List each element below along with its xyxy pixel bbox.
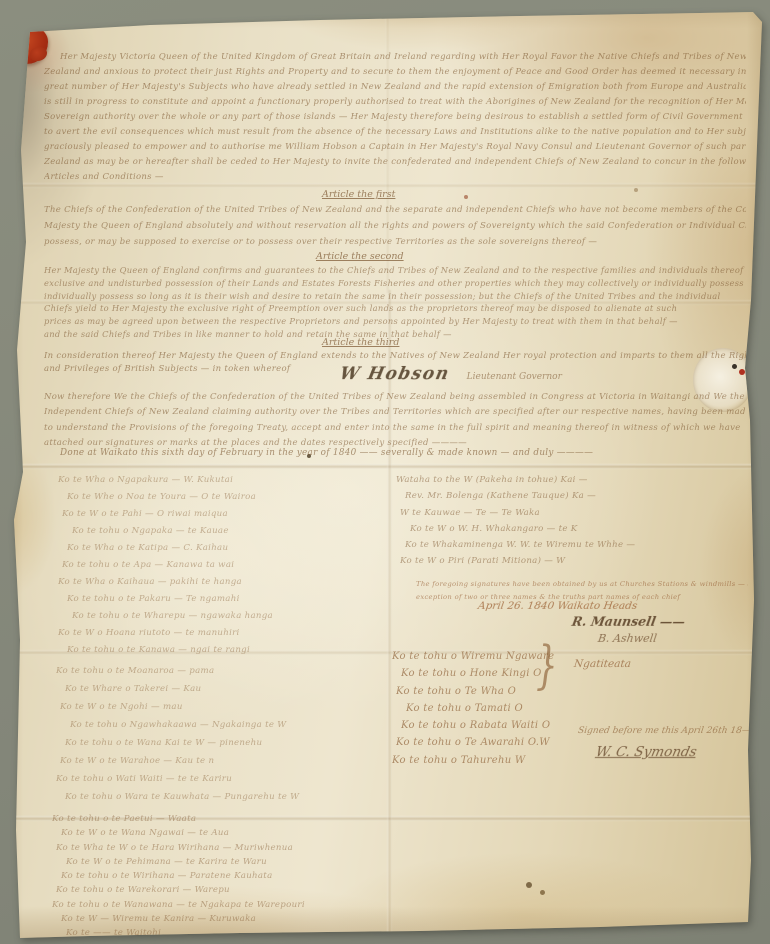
closing-paragraph: Now therefore We the Chiefs of the Confe… [44,390,746,451]
vertical-fold-line [387,290,392,934]
maunsell-signature: R. Maunsell —— [571,614,687,629]
handwritten-line: Zealand and anxious to protect their jus… [44,65,746,80]
signature-line: Ko te W o Hoana riutoto — te manuhiri [58,625,350,642]
handwritten-line: Zealand as may be or hereafter shall be … [44,155,746,170]
signature-line: Ko te tohu o te Pakaru — Te ngamahi [67,591,350,608]
handwritten-line: prices as may be agreed upon between the… [44,315,746,328]
signed-before-line: Signed before me this April 26th 18— [577,726,751,736]
handwritten-line: Majesty the Queen of England absolutely … [44,218,746,234]
signature-line: Ko te tohu o Ngapaka — te Kauae [72,523,350,540]
signature-line: Ko te W o W. H. Whakangaro — te K [410,521,696,537]
signature-line: Ko te Whare o Takerei — Kau [65,680,356,698]
signature-line: Ko te tohu o te Wanawana — te Ngakapa te… [52,898,382,912]
signature-line: Rev. Mr. Bolenga (Kathene Tauque) Ka — [405,488,696,504]
signature-line: Ko te tohu o te Wana Kai te W — pinenehu [65,734,356,752]
preamble-paragraph: Her Majesty Victoria Queen of the United… [44,50,746,185]
signature-line: Ko te tohu o Wati Waiti — te te Kariru [56,770,356,788]
done-at-line: Done at Waikato this sixth day of Februa… [60,448,750,458]
symonds-signature: W. C. Symonds [594,744,698,760]
photo-of-treaty-document: Her Majesty Victoria Queen of the United… [0,0,770,944]
right-signature-column: Wataha to the W (Pakeha in tohue) Kai —R… [396,472,696,570]
signature-line: Ko te Wha o te Katipa — C. Kaihau [67,540,350,557]
horizontal-fold-line [0,464,770,469]
tribe-label: Ngatiteata [573,658,631,670]
signature-line: Ko te tohu o te Warekorari — Warepu [56,883,382,897]
handwritten-line: to avert the evil consequences which mus… [44,125,746,140]
signature-line: Ko te tohu o te Paetui — Waata [52,812,382,826]
handwritten-line: The Chiefs of the Confederation of the U… [44,202,746,218]
mark-line: Ko te tohu o Tamati O [406,700,652,717]
handwritten-line: exclusive and undisturbed possession of … [44,277,746,290]
handwritten-line: possess, or may be supposed to exercise … [44,234,746,250]
signature-line: Ko te —— te Waitohi [66,926,382,940]
handwritten-line: In consideration thereof Her Majesty the… [44,350,746,363]
handwritten-line: Her Majesty the Queen of England confirm… [44,264,746,277]
article-1-paragraph: The Chiefs of the Confederation of the U… [44,202,746,250]
handwritten-line: graciously pleased to empower and to aut… [44,140,746,155]
signature-line: Ko te tohu o te Moanaroa — pama [56,662,356,680]
handwritten-line: great number of Her Majesty's Subjects w… [44,80,746,95]
handwritten-line: Sovereign authority over the whole or an… [44,110,746,125]
signature-line: Ko te Whakaminenga W. W. te Wiremu te Wh… [405,537,696,553]
signature-line: Ko te Whe o Noa te Youra — O te Wairoa [67,489,350,506]
signature-line: Ko te W o te Ngohi — mau [60,698,356,716]
article-3-heading: Article the third [322,337,399,348]
mark-line: Ko te tohu o Te Wha O [396,683,652,700]
signature-line: Ko te W o te Warahoe — Kau te n [60,752,356,770]
handwritten-line: The foregoing signatures have been obtai… [416,578,748,591]
signature-line: Wataha to the W (Pakeha in tohue) Kai — [396,472,696,488]
left-signature-column-group-2: Ko te tohu o te Moanaroa — pamaKo te Wha… [56,662,356,806]
handwritten-line: Chiefs yield to Her Majesty the exclusiv… [44,302,746,315]
grouping-bracket: } [536,636,558,696]
handwritten-line: Now therefore We the Chiefs of the Confe… [44,390,746,405]
article-2-paragraph: Her Majesty the Queen of England confirm… [44,264,746,341]
ashwell-signature: B. Ashwell [597,632,658,645]
signature-line: Ko te W o te Pehimana — te Karira te War… [66,855,382,869]
signature-line: Ko te W o te Wana Ngawai — te Aua [61,826,382,840]
hobson-signature: W Hobson [338,364,452,384]
handwritten-line: Independent Chiefs of New Zealand claimi… [44,405,746,420]
signature-line: Ko te tohu o te Apa — Kanawa ta wai [62,557,350,574]
hobson-title-text: Lieutenant Governor [467,372,562,382]
signature-line: Ko te Wha te W o te Hara Wirihana — Muri… [56,841,382,855]
signature-line: Ko te Wha o Ngapakura — W. Kukutai [58,472,350,489]
signature-line: Ko te W — Wiremu te Kanira — Kuruwaka [61,912,382,926]
ink-spot [526,882,532,888]
signature-line: Ko te tohu o te Wharepu — ngawaka hanga [72,608,350,625]
signature-line: Ko te tohu o Wara te Kauwhata — Pungareh… [65,788,356,806]
handwritten-line: Done at Waikato this sixth day of Februa… [60,448,750,458]
signature-line: Ko te tohu o te Wirihana — Paratene Kauh… [61,869,382,883]
left-signature-column-group-1: Ko te Wha o Ngapakura — W. KukutaiKo te … [58,472,350,659]
article-2-heading: Article the second [316,251,404,262]
signature-line: Ko te W o te Pahi — O riwai maiqua [62,506,350,523]
signature-line: W te Kauwae — Te — Te Waka [400,505,696,521]
hobson-signature-line: W Hobson Lieutenant Governor [340,364,740,384]
document-paper: Her Majesty Victoria Queen of the United… [0,0,770,944]
signature-line: Ko te Wha o Kaihaua — pakihi te hanga [58,574,350,591]
paper-shadow-wrap: Her Majesty Victoria Queen of the United… [0,0,770,944]
ink-spot [540,890,545,895]
handwritten-line: individually possess so long as it is th… [44,290,746,303]
left-signature-column-group-3: Ko te tohu o te Paetui — WaataKo te W o … [52,812,382,941]
signature-line: Ko te tohu o Ngawhakaawa — Ngakainga te … [70,716,356,734]
signature-line: Ko te tohu o te Kanawa — ngai te rangi [67,642,350,659]
signature-line: Ko te W o Piri (Parati Mitiona) — W [400,553,696,569]
handwritten-line: is still in progress to constitute and a… [44,95,746,110]
ink-spot [634,188,638,192]
article-1-heading: Article the first [322,189,395,200]
witness-date: April 26. 1840 Waikato Heads [477,600,638,612]
red-dot [464,195,468,199]
handwritten-line: Articles and Conditions — [44,170,746,185]
handwritten-line: Her Majesty Victoria Queen of the United… [60,50,746,65]
handwritten-line: to understand the Provisions of the fore… [44,421,746,436]
